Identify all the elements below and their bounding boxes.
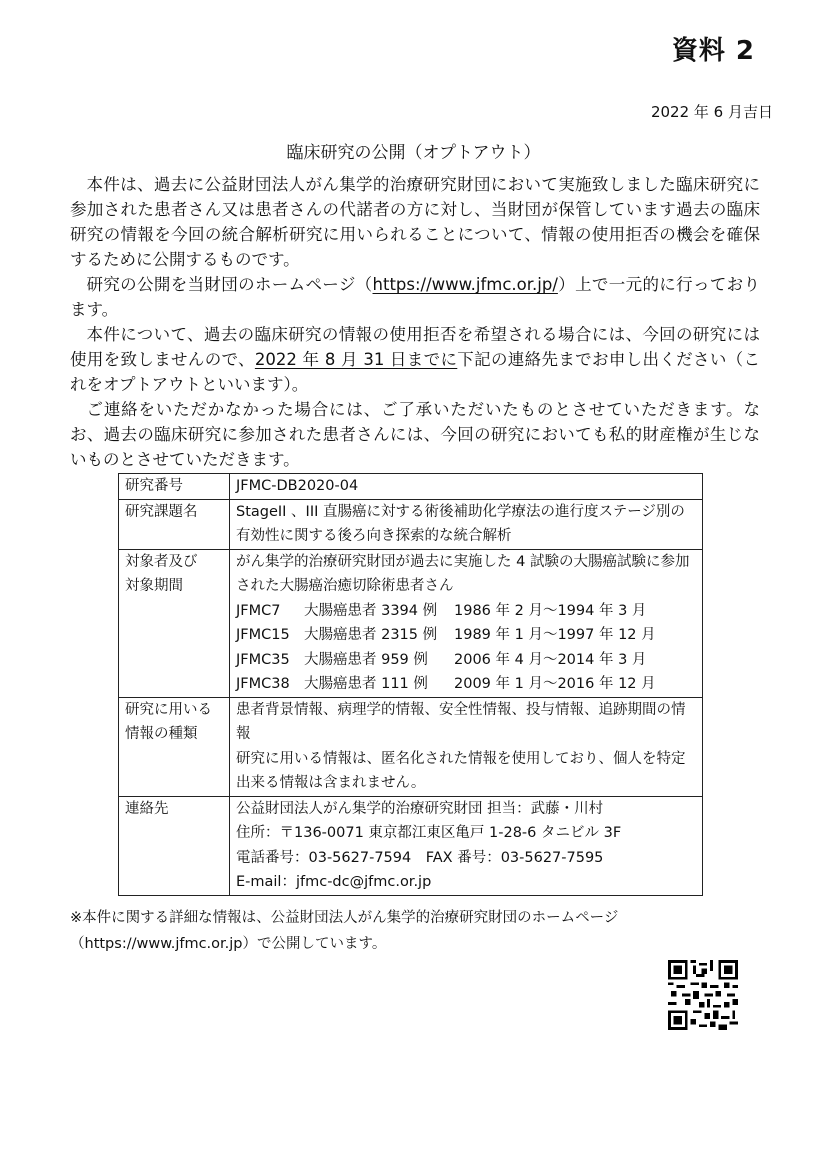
study-number-label: 研究番号	[119, 474, 230, 500]
document-title: 臨床研究の公開（オプトアウト）	[0, 138, 827, 163]
info-types-value: 患者背景情報、病理学的情報、安全性情報、投与情報、追跡期間の情報 研究に用いる情…	[230, 697, 703, 796]
footnote-line2: （https://www.jfmc.or.jp）で公開しています。	[70, 931, 770, 957]
trial-period: 2006 年 4 月～2014 年 3 月	[454, 648, 646, 673]
homepage-text-before: 研究の公開を当財団のホームページ（	[87, 275, 373, 294]
subjects-label: 対象者及び 対象期間	[119, 549, 230, 697]
info-types-label: 研究に用いる 情報の種類	[119, 697, 230, 796]
trial-id: JFMC15	[236, 623, 304, 648]
contact-email[interactable]: E-mail：jfmc-dc@jfmc.or.jp	[236, 870, 696, 895]
document-date: 2022 年 6 月吉日	[651, 101, 773, 122]
trial-row: JFMC15 大腸癌患者 2315 例 1989 年 1 月～1997 年 12…	[236, 623, 696, 648]
trial-count: 大腸癌患者 111 例	[304, 672, 454, 697]
study-number-value: JFMC-DB2020-04	[230, 474, 703, 500]
info-types-label-line1: 研究に用いる	[125, 698, 223, 723]
subjects-value: がん集学的治療研究財団が過去に実施した 4 試験の大腸癌試験に参加された大腸癌治…	[230, 549, 703, 697]
trial-count: 大腸癌患者 2315 例	[304, 623, 454, 648]
subjects-label-line1: 対象者及び	[125, 550, 223, 575]
body-text: 本件は、過去に公益財団法人がん集学的治療研究財団において実施致しました臨床研究に…	[70, 172, 760, 472]
qr-code-icon[interactable]	[668, 960, 738, 1030]
document-label: 資料 2	[672, 30, 755, 67]
contact-value: 公益財団法人がん集学的治療研究財団 担当：武藤・川村 住所：〒136-0071 …	[230, 796, 703, 895]
info-types-line2: 研究に用いる情報は、匿名化された情報を使用しており、個人を特定出来る情報は含まれ…	[236, 747, 696, 796]
trial-count: 大腸癌患者 959 例	[304, 648, 454, 673]
footnote: ※本件に関する詳細な情報は、公益財団法人がん集学的治療研究財団のホームページ （…	[70, 905, 770, 957]
table-row-study-number: 研究番号 JFMC-DB2020-04	[119, 474, 703, 500]
homepage-link[interactable]: https://www.jfmc.or.jp/	[373, 275, 558, 294]
trial-period: 2009 年 1 月～2016 年 12 月	[454, 672, 656, 697]
info-types-line1: 患者背景情報、病理学的情報、安全性情報、投与情報、追跡期間の情報	[236, 698, 696, 747]
trial-id: JFMC7	[236, 599, 304, 624]
paragraph-consent: ご連絡をいただかなかった場合には、ご了承いただいたものとさせていただきます。なお…	[70, 397, 760, 472]
study-title-label: 研究課題名	[119, 499, 230, 549]
study-info-table: 研究番号 JFMC-DB2020-04 研究課題名 StageII 、III 直…	[118, 473, 703, 896]
trial-period: 1989 年 1 月～1997 年 12 月	[454, 623, 656, 648]
trial-period: 1986 年 2 月～1994 年 3 月	[454, 599, 646, 624]
trial-id: JFMC35	[236, 648, 304, 673]
contact-org: 公益財団法人がん集学的治療研究財団 担当：武藤・川村	[236, 797, 696, 822]
trial-row: JFMC35 大腸癌患者 959 例 2006 年 4 月～2014 年 3 月	[236, 648, 696, 673]
contact-address: 住所：〒136-0071 東京都江東区亀戸 1-28-6 タニビル 3F	[236, 821, 696, 846]
paragraph-optout: 本件について、過去の臨床研究の情報の使用拒否を希望される場合には、今回の研究には…	[70, 322, 760, 397]
paragraph-intro: 本件は、過去に公益財団法人がん集学的治療研究財団において実施致しました臨床研究に…	[70, 172, 760, 272]
optout-deadline: 2022 年 8 月 31 日までに	[255, 350, 457, 369]
contact-label: 連絡先	[119, 796, 230, 895]
contact-phone: 電話番号：03-5627-7594 FAX 番号：03-5627-7595	[236, 846, 696, 871]
info-types-label-line2: 情報の種類	[125, 722, 223, 747]
table-row-subjects: 対象者及び 対象期間 がん集学的治療研究財団が過去に実施した 4 試験の大腸癌試…	[119, 549, 703, 697]
trial-row: JFMC38 大腸癌患者 111 例 2009 年 1 月～2016 年 12 …	[236, 672, 696, 697]
table-row-study-title: 研究課題名 StageII 、III 直腸癌に対する術後補助化学療法の進行度ステ…	[119, 499, 703, 549]
footnote-line1: ※本件に関する詳細な情報は、公益財団法人がん集学的治療研究財団のホームページ	[70, 905, 770, 931]
subjects-label-line2: 対象期間	[125, 574, 223, 599]
trial-count: 大腸癌患者 3394 例	[304, 599, 454, 624]
trial-row: JFMC7 大腸癌患者 3394 例 1986 年 2 月～1994 年 3 月	[236, 599, 696, 624]
table-row-contact: 連絡先 公益財団法人がん集学的治療研究財団 担当：武藤・川村 住所：〒136-0…	[119, 796, 703, 895]
subjects-intro: がん集学的治療研究財団が過去に実施した 4 試験の大腸癌試験に参加された大腸癌治…	[236, 550, 696, 599]
trial-id: JFMC38	[236, 672, 304, 697]
study-title-value: StageII 、III 直腸癌に対する術後補助化学療法の進行度ステージ別の有効…	[230, 499, 703, 549]
paragraph-homepage: 研究の公開を当財団のホームページ（https://www.jfmc.or.jp/…	[70, 272, 760, 322]
table-row-info-types: 研究に用いる 情報の種類 患者背景情報、病理学的情報、安全性情報、投与情報、追跡…	[119, 697, 703, 796]
